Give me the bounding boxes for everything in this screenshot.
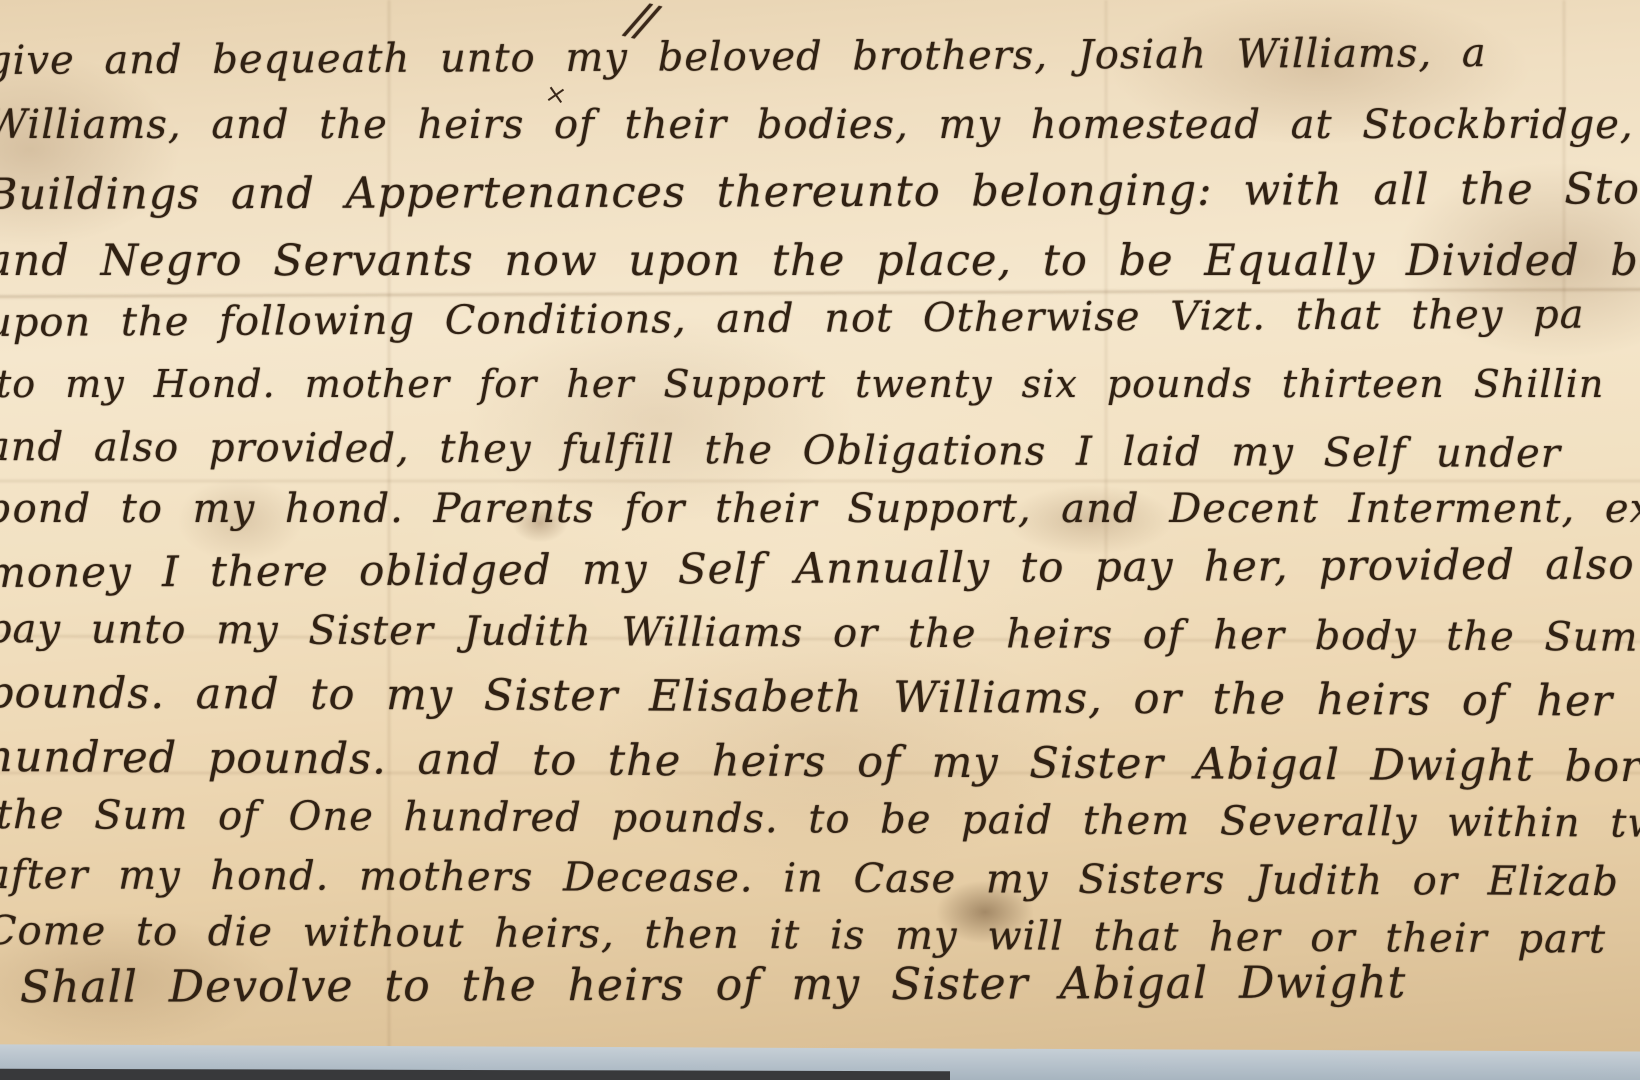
manuscript-line: bond to my hond. Parents for their Suppo… (0, 486, 1640, 532)
manuscript-line: Williams, and the heirs of their bodies,… (0, 102, 1640, 148)
manuscript-line: and Negro Servants now upon the place, t… (0, 236, 1640, 286)
manuscript-line: Shall Devolve to the heirs of my Sister … (20, 957, 1406, 1013)
paper-background: // × give and bequeath unto my beloved b… (0, 0, 1640, 1080)
manuscript-line: Buildings and Appertenances thereunto be… (0, 164, 1640, 220)
manuscript-line: to my Hond. mother for her Support twent… (0, 362, 1604, 406)
manuscript-line: pounds. and to my Sister Elisabeth Willi… (0, 668, 1640, 728)
table-edge-shadow (0, 1069, 950, 1080)
manuscript-line: money I there oblidged my Self Annually … (0, 539, 1635, 597)
manuscript-line: the Sum of One hundred pounds. to be pai… (0, 792, 1640, 847)
manuscript-photo: // × give and bequeath unto my beloved b… (0, 0, 1640, 1080)
manuscript-line: and also provided, they fulfill the Obli… (0, 424, 1561, 477)
manuscript-line: hundred pounds. and to the heirs of my S… (0, 732, 1640, 793)
manuscript-line: upon the following Conditions, and not O… (0, 292, 1585, 346)
fold-crease (0, 480, 1640, 482)
manuscript-line: give and bequeath unto my beloved brothe… (0, 30, 1487, 84)
manuscript-line: Come to die without heirs, then it is my… (0, 908, 1606, 962)
manuscript-line: pay unto my Sister Judith Williams or th… (0, 606, 1640, 661)
manuscript-line: after my hond. mothers Decease. in Case … (0, 852, 1619, 905)
